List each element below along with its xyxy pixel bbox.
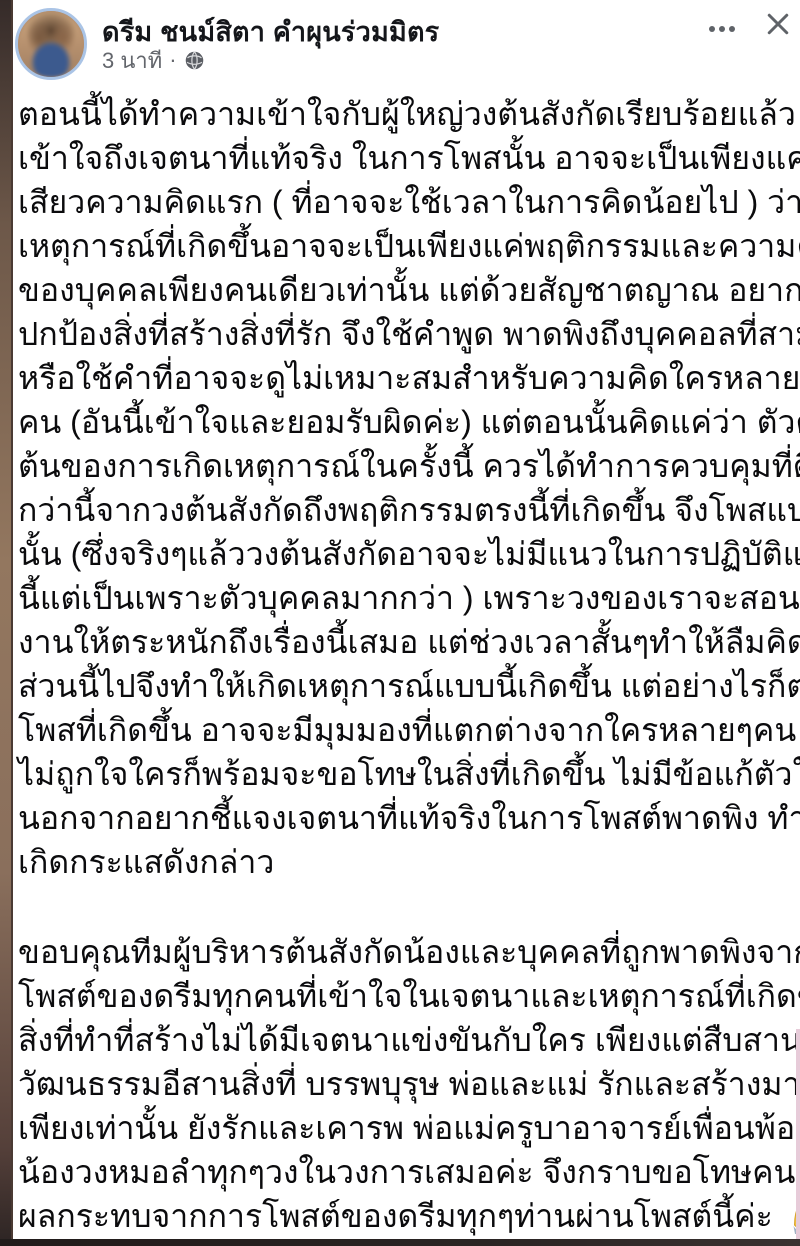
text-line: นี้แต่เป็นเพราะตัวบุคคลมากกว่า ) เพราะวง…	[18, 576, 792, 620]
text-line: งานให้ตระหนักถึงเรื่องนี้เสมอ แต่ช่วงเวล…	[18, 620, 792, 664]
text-line: น้องวงหมอลำทุกๆวงในวงการเสมอค่ะ จึงกราบข…	[18, 1150, 792, 1194]
text-line: คน (อันนี้เข้าใจและยอมรับผิดค่ะ) แต่ตอนน…	[18, 400, 792, 444]
text-line: กว่านี้จากวงต้นสังกัดถึงพฤติกรรมตรงนี้ที…	[18, 488, 792, 532]
last-line-text: ผลกระทบจากการโพสต์ของดรีมทุกๆท่านผ่านโพส…	[18, 1194, 773, 1238]
text-line: ผลกระทบจากการโพสต์ของดรีมทุกๆท่านผ่านโพส…	[18, 1194, 792, 1238]
text-line: เสียวความคิดแรก ( ที่อาจจะใช้เวลาในการคิ…	[18, 180, 792, 224]
paragraph-1: ตอนนี้ได้ทำความเข้าใจกับผู้ใหญ่วงต้นสังก…	[18, 92, 792, 884]
photo-right-border	[796, 1029, 800, 1239]
avatar[interactable]	[15, 8, 87, 80]
text-line: ปกป้องสิ่งที่สร้างสิ่งที่รัก จึงใช้คำพูด…	[18, 312, 792, 356]
globe-icon	[184, 50, 205, 71]
meta-separator: ·	[169, 47, 176, 73]
paragraph-2: ขอบคุณทีมผู้บริหารต้นสังกัดน้องและบุคคลท…	[18, 930, 792, 1194]
text-line: ตอนนี้ได้ทำความเข้าใจกับผู้ใหญ่วงต้นสังก…	[18, 92, 792, 136]
photo-bottom-border	[0, 1239, 800, 1246]
timestamp: 3 นาที	[102, 43, 162, 78]
more-options-icon[interactable]	[700, 12, 744, 46]
text-line: เพียงเท่านั้น ยังรักและเคารพ พ่อแม่ครูบา…	[18, 1106, 792, 1150]
text-line: หรือใช้คำที่อาจจะดูไม่เหมาะสมสำหรับความค…	[18, 356, 792, 400]
text-line: ขอบคุณทีมผู้บริหารต้นสังกัดน้องและบุคคลท…	[18, 930, 792, 974]
text-line: โพสต์ของดรีมทุกคนที่เข้าใจในเจตนาและเหตุ…	[18, 974, 792, 1018]
photo-left-border	[0, 0, 13, 1246]
text-line: นั้น (ซึ่งจริงๆแล้ววงต้นสังกัดอาจจะไม่มี…	[18, 532, 792, 576]
text-line: เกิดกระแสดังกล่าว	[18, 840, 792, 884]
text-line: สิ่งที่ทำที่สร้างไม่ได้มีเจตนาแข่งขันกับ…	[18, 1018, 792, 1062]
text-line: ไม่ถูกใจใครก็พร้อมจะขอโทษในสิ่งที่เกิดขึ…	[18, 752, 792, 796]
post-meta[interactable]: 3 นาที ·	[102, 46, 205, 74]
text-line: ส่วนนี้ไปจึงทำให้เกิดเหตุการณ์แบบนี้เกิด…	[18, 664, 792, 708]
text-line: วัฒนธรรมอีสานสิ่งที่ บรรพบุรุษ พ่อและแม่…	[18, 1062, 792, 1106]
text-line: นอกจากอยากชี้แจงเจตนาที่แท้จริงในการโพสต…	[18, 796, 792, 840]
text-line: ของบุคคลเพียงคนเดียวเท่านั้น แต่ด้วยสัญช…	[18, 268, 792, 312]
text-line: ต้นของการเกิดเหตุการณ์ในครั้งนี้ ควรได้ท…	[18, 444, 792, 488]
text-line: เหตุการณ์ที่เกิดขึ้นอาจจะเป็นเพียงแค่พฤต…	[18, 224, 792, 268]
text-line: โพสที่เกิดขึ้น อาจจะมีมุมมองที่แตกต่างจา…	[18, 708, 792, 752]
paragraph-gap	[18, 884, 792, 930]
post-text: ตอนนี้ได้ทำความเข้าใจกับผู้ใหญ่วงต้นสังก…	[18, 92, 792, 1238]
avatar-photo	[18, 11, 84, 77]
text-line: เข้าใจถึงเจตนาที่แท้จริง ในการโพสนั้น อา…	[18, 136, 792, 180]
post-header: ดรีม ชนม์สิตา คำผุนร่วมมิตร 3 นาที ·	[0, 0, 800, 92]
close-icon[interactable]	[758, 4, 798, 44]
